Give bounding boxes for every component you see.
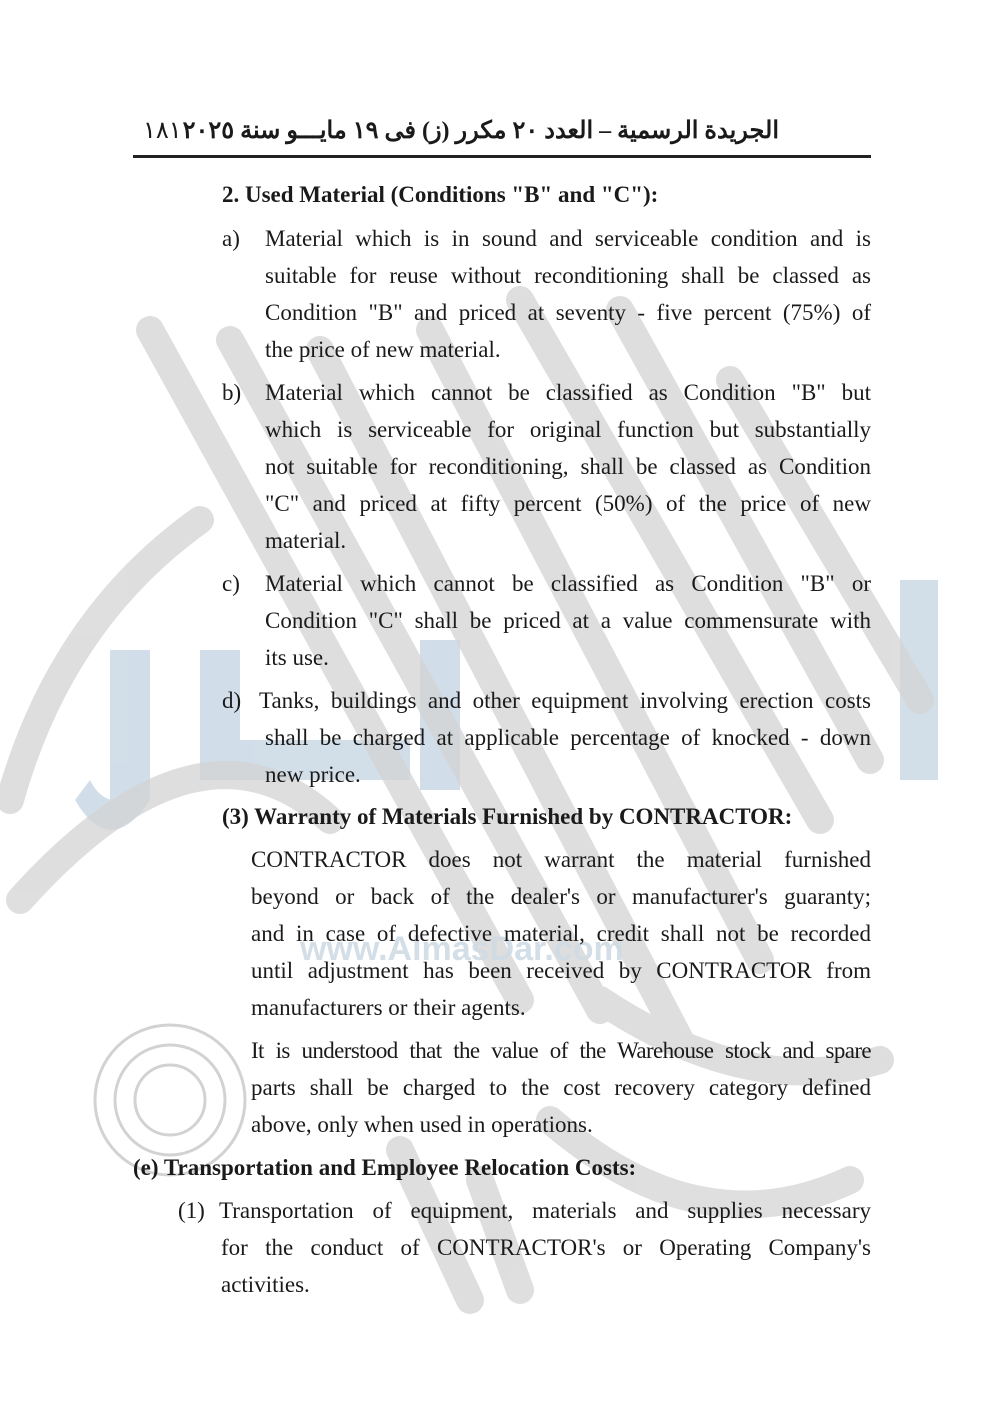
item-b-line: which is serviceable for original functi… (265, 411, 871, 448)
item-a-line: suitable for reuse without reconditionin… (265, 257, 871, 294)
page-number: ١٨١ (143, 116, 182, 145)
item-b-line: material. (265, 522, 346, 559)
item-c-line: Material which cannot be classified as C… (265, 565, 871, 602)
gazette-title: الجريدة الرسمية – العدد ٢٠ مكرر (ز) فى ١… (183, 116, 779, 145)
item-c-line: its use. (265, 639, 329, 676)
item-d-line: new price. (265, 756, 361, 793)
header-divider (133, 155, 871, 158)
warranty-line: beyond or back of the dealer's or manufa… (251, 878, 871, 915)
transportation-heading: (e) Transportation and Employee Relocati… (133, 1149, 636, 1186)
item-b-line: "C" and priced at fifty percent (50%) of… (265, 485, 871, 522)
page-header: ١٨١ الجريدة الرسمية – العدد ٢٠ مكرر (ز) … (133, 112, 871, 152)
item-b-line: not suitable for reconditioning, shall b… (265, 448, 871, 485)
transport-line: Transportation of equipment, materials a… (219, 1192, 871, 1229)
warranty-heading: (3) Warranty of Materials Furnished by C… (222, 798, 792, 835)
warehouse-line: It is understood that the value of the W… (251, 1032, 871, 1069)
item-d-line: shall be charged at applicable percentag… (265, 719, 871, 756)
warranty-line: and in case of defective material, credi… (251, 915, 871, 952)
warranty-line: CONTRACTOR does not warrant the material… (251, 841, 871, 878)
item-1-label: (1) (178, 1192, 205, 1229)
warehouse-line: parts shall be charged to the cost recov… (251, 1069, 871, 1106)
transport-line: activities. (221, 1266, 310, 1303)
used-material-heading: 2. Used Material (Conditions "B" and "C"… (222, 176, 658, 213)
item-a-line: Material which is in sound and serviceab… (265, 220, 871, 257)
item-d-label: d) (222, 682, 241, 719)
item-a-label: a) (222, 220, 240, 257)
warehouse-line: above, only when used in operations. (251, 1106, 593, 1143)
item-c-label: c) (222, 565, 240, 602)
item-a-line: the price of new material. (265, 331, 501, 368)
transport-line: for the conduct of CONTRACTOR's or Opera… (221, 1229, 871, 1266)
item-c-line: Condition "C" shall be priced at a value… (265, 602, 871, 639)
item-d-line: Tanks, buildings and other equipment inv… (259, 682, 871, 719)
warranty-line: manufacturers or their agents. (251, 989, 526, 1026)
gazette-page: ١٨١ الجريدة الرسمية – العدد ٢٠ مكرر (ز) … (0, 0, 1004, 1418)
item-b-line: Material which cannot be classified as C… (265, 374, 871, 411)
item-b-label: b) (222, 374, 241, 411)
item-a-line: Condition "B" and priced at seventy - fi… (265, 294, 871, 331)
warranty-line: until adjustment has been received by CO… (251, 952, 871, 989)
